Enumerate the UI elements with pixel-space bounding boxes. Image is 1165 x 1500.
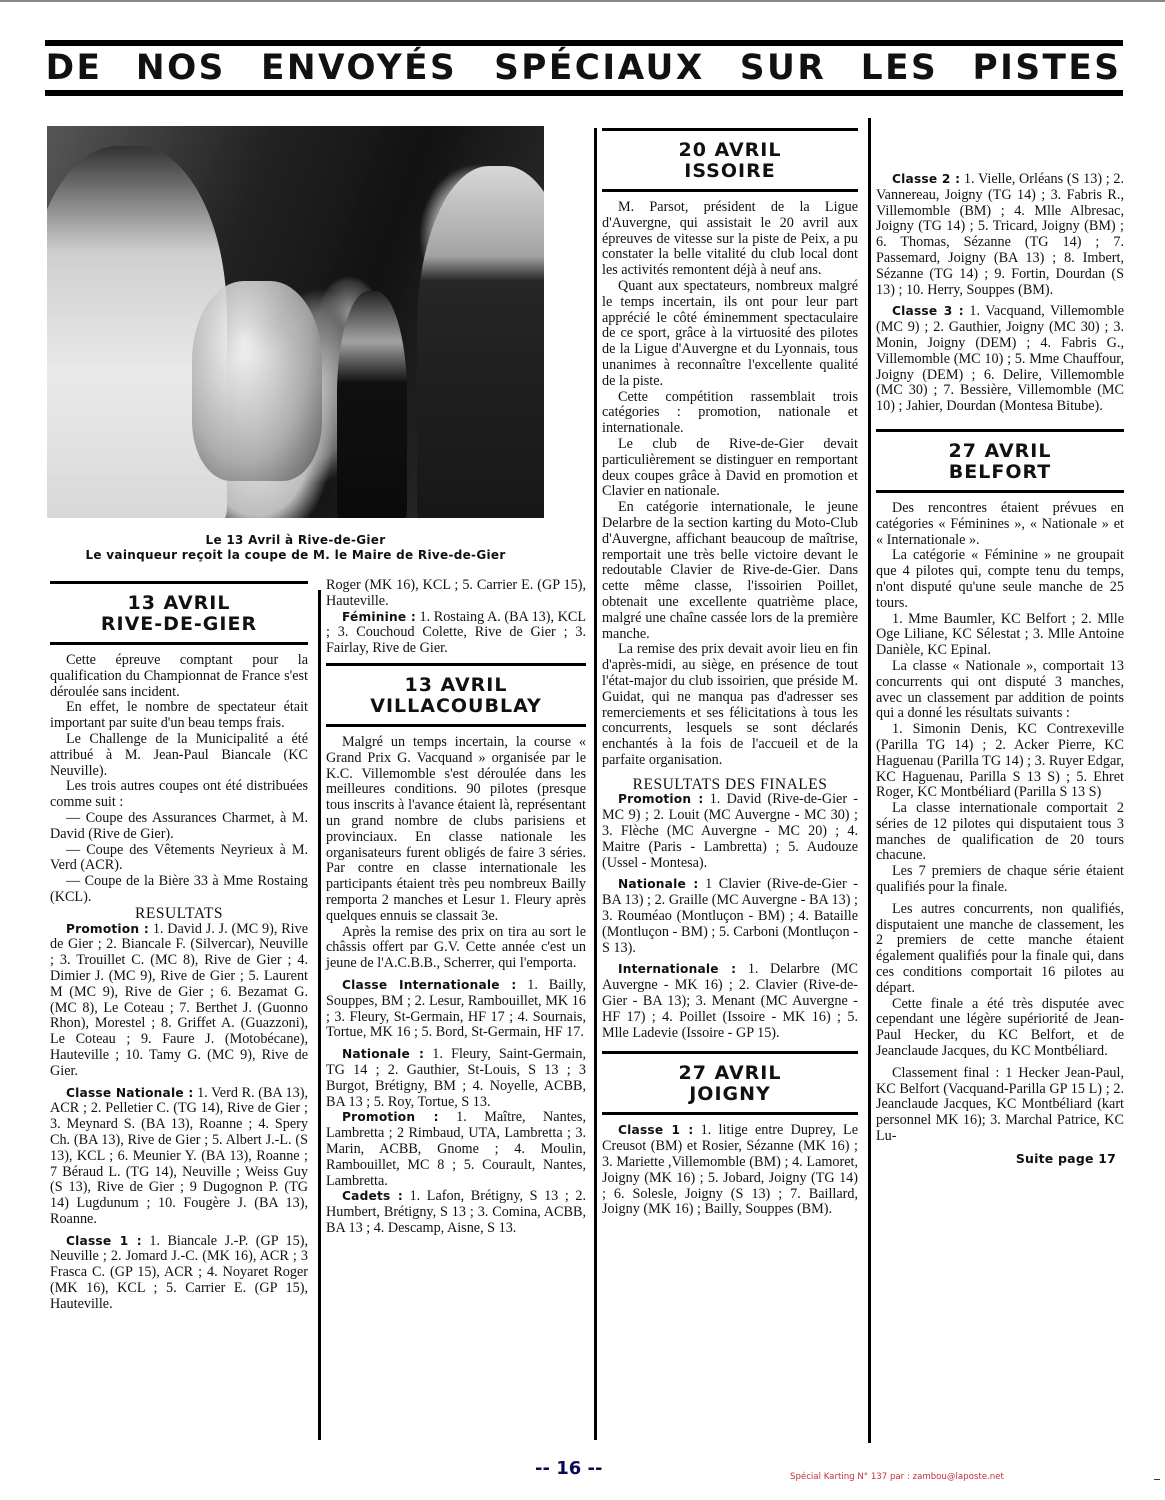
masthead-word: LES <box>861 48 938 88</box>
masthead-word: DE <box>46 48 103 88</box>
heading-date: 27 AVRIL <box>602 1063 858 1084</box>
paragraph: Cette épreuve comptant pour la qualifica… <box>50 653 308 700</box>
top-border <box>0 0 1165 2</box>
heading-place: RIVE-DE-GIER <box>50 614 308 635</box>
result-label: Féminine : <box>342 610 416 624</box>
continued-link[interactable]: Suite page 17 <box>876 1151 1124 1168</box>
footer-mark <box>1154 1479 1160 1480</box>
column-1: 13 AVRIL RIVE-DE-GIER Cette épreuve comp… <box>50 575 308 1313</box>
paragraph: La classe internationale comportait 2 sé… <box>876 801 1124 864</box>
result-entry: Promotion : 1. David J. J. (MC 9), Rive … <box>50 922 308 1080</box>
result-entry: Promotion : 1. Maître, Nantes, Lambretta… <box>326 1110 586 1189</box>
article-heading-rive-de-gier: 13 AVRIL RIVE-DE-GIER <box>50 581 308 645</box>
column-divider <box>868 118 871 1443</box>
result-entry: Nationale : 1 Clavier (Rive-de-Gier - BA… <box>602 877 858 956</box>
masthead-title: DE NOS ENVOYÉS SPÉCIAUX SUR LES PISTES <box>45 40 1123 96</box>
heading-date: 13 AVRIL <box>326 675 586 696</box>
result-entry: Classe Nationale : 1. Verd R. (BA 13), A… <box>50 1086 308 1228</box>
paragraph: Le Challenge de la Municipalité a été at… <box>50 732 308 779</box>
heading-place: BELFORT <box>876 462 1124 483</box>
photo-caption: Le 13 Avril à Rive-de-Gier Le vainqueur … <box>47 533 544 563</box>
paragraph: Les trois autres coupes ont été distribu… <box>50 779 308 811</box>
result-label: Nationale : <box>618 877 699 891</box>
article-heading-issoire: 20 AVRIL ISSOIRE <box>602 128 858 192</box>
column-4: Classe 2 : 1. Vielle, Orléans (S 13) ; 2… <box>876 120 1124 1168</box>
results-title: RESULTATS <box>50 906 308 922</box>
result-label: Promotion : <box>66 922 149 936</box>
paragraph: Quant aux spectateurs, nombreux malgré l… <box>602 279 858 390</box>
paragraph: Les autres concurrents, non qualifiés, d… <box>876 902 1124 997</box>
paragraph: Classement final : 1 Hecker Jean-Paul, K… <box>876 1066 1124 1145</box>
results-title: RESULTATS DES FINALES <box>602 777 858 793</box>
caption-line-1: Le 13 Avril à Rive-de-Gier <box>47 533 544 548</box>
heading-place: VILLACOUBLAY <box>326 696 586 717</box>
result-entry: Promotion : 1. David (Rive-de-Gier - MC … <box>602 792 858 871</box>
masthead-word: ENVOYÉS <box>261 48 457 88</box>
result-entry: Nationale : 1. Fleury, Saint-Germain, TG… <box>326 1047 586 1110</box>
result-label: Classe Internationale : <box>342 978 516 992</box>
result-label: Classe 2 : <box>892 172 960 186</box>
paragraph: La remise des prix devait avoir lieu en … <box>602 642 858 768</box>
result-entry-continued: 1. Biancale J.-P. (GP 15), Neuville ; 2.… <box>326 578 586 610</box>
heading-place: ISSOIRE <box>602 161 858 182</box>
result-entry: Féminine : 1. Rostaing A. (BA 13), KCL ;… <box>326 610 586 657</box>
result-label: Promotion : <box>342 1110 439 1124</box>
result-entry: Internationale : 1. Delarbre (MC Auvergn… <box>602 962 858 1041</box>
photo-trophy-cup <box>192 281 322 481</box>
paragraph: La catégorie « Féminine » ne groupait qu… <box>876 548 1124 611</box>
paragraph: Les 7 premiers de chaque série étaient q… <box>876 864 1124 896</box>
paragraph: Le club de Rive-de-Gier devait particuli… <box>602 437 858 500</box>
column-2: 1. Biancale J.-P. (GP 15), Neuville ; 2.… <box>326 578 586 1237</box>
paragraph: Cette compétition rassemblait trois caté… <box>602 390 858 437</box>
masthead-word: PISTES <box>973 48 1122 88</box>
result-entry: Classe 1 : 1. Biancale J.-P. (GP 15), Ne… <box>50 1234 308 1313</box>
result-label: Internationale : <box>618 962 736 976</box>
paragraph: — Coupe de la Bière 33 à Mme Rostaing (K… <box>50 874 308 906</box>
paragraph: Malgré un temps incertain, la course « G… <box>326 735 586 925</box>
trophy-photo <box>47 126 544 518</box>
paragraph: Après la remise des prix on tira au sort… <box>326 925 586 972</box>
result-label: Classe 1 : <box>618 1123 693 1137</box>
result-label: Promotion : <box>618 792 703 806</box>
result-entry: Classe 3 : 1. Vacquand, Villemomble (MC … <box>876 304 1124 415</box>
masthead-word: NOS <box>136 48 226 88</box>
result-label: Classe 1 : <box>66 1234 142 1248</box>
paragraph: La classe « Nationale », comportait 13 c… <box>876 659 1124 722</box>
paragraph: — Coupe des Vêtements Neyrieux à M. Verd… <box>50 843 308 875</box>
heading-place: JOIGNY <box>602 1084 858 1105</box>
result-text: 1. Vacquand, Villemomble (MC 9) ; 2. Gau… <box>876 303 1124 414</box>
article-heading-belfort: 27 AVRIL BELFORT <box>876 429 1124 493</box>
result-text: 1. Vielle, Orléans (S 13) ; 2. Vannereau… <box>876 171 1124 298</box>
result-label: Nationale : <box>342 1047 424 1061</box>
paragraph: 1. Simonin Denis, KC Contrexeville (Pari… <box>876 722 1124 801</box>
paragraph: Cette finale a été très disputée avec ce… <box>876 997 1124 1060</box>
column-divider <box>318 590 321 1440</box>
photo-mayor-figure <box>417 166 544 518</box>
heading-date: 20 AVRIL <box>602 140 858 161</box>
masthead-word: SUR <box>740 48 826 88</box>
heading-date: 13 AVRIL <box>50 593 308 614</box>
paragraph: Des rencontres étaient prévues en catégo… <box>876 501 1124 548</box>
result-entry: Classe 1 : 1. litige entre Duprey, Le Cr… <box>602 1123 858 1218</box>
paragraph: En effet, le nombre de spectateur était … <box>50 700 308 732</box>
heading-date: 27 AVRIL <box>876 441 1124 462</box>
footer-credit: Spécial Karting N° 137 par : zambou@lapo… <box>790 1472 1004 1482</box>
caption-line-2: Le vainqueur reçoit la coupe de M. le Ma… <box>47 548 544 563</box>
result-entry: Classe Internationale : 1. Bailly, Soupp… <box>326 978 586 1041</box>
paragraph: — Coupe des Assurances Charmet, à M. Dav… <box>50 811 308 843</box>
result-label: Classe 3 : <box>892 304 964 318</box>
result-label: Cadets : <box>342 1189 403 1203</box>
paragraph: M. Parsot, président de la Ligue d'Auver… <box>602 200 858 279</box>
column-divider <box>594 128 597 1440</box>
masthead-word: SPÉCIAUX <box>494 48 705 88</box>
photo-background-figure <box>337 291 407 518</box>
column-3: 20 AVRIL ISSOIRE M. Parsot, président de… <box>602 128 858 1218</box>
result-label: Classe Nationale : <box>66 1086 193 1100</box>
page-number: -- 16 -- <box>535 1458 602 1479</box>
continued-label: Suite page 17 <box>1016 1151 1116 1166</box>
paragraph: 1. Mme Baumler, KC Belfort ; 2. Mlle Oge… <box>876 612 1124 659</box>
article-heading-villacoublay: 13 AVRIL VILLACOUBLAY <box>326 663 586 727</box>
result-text: 1. David J. J. (MC 9), Rive de Gier ; 2.… <box>50 921 308 1079</box>
paragraph: En catégorie internationale, le jeune De… <box>602 500 858 642</box>
result-text: 1. Verd R. (BA 13), ACR ; 2. Pelletier C… <box>50 1085 308 1227</box>
result-entry: Classe 2 : 1. Vielle, Orléans (S 13) ; 2… <box>876 172 1124 298</box>
article-heading-joigny: 27 AVRIL JOIGNY <box>602 1051 858 1115</box>
result-entry: Cadets : 1. Lafon, Brétigny, S 13 ; 2. H… <box>326 1189 586 1236</box>
